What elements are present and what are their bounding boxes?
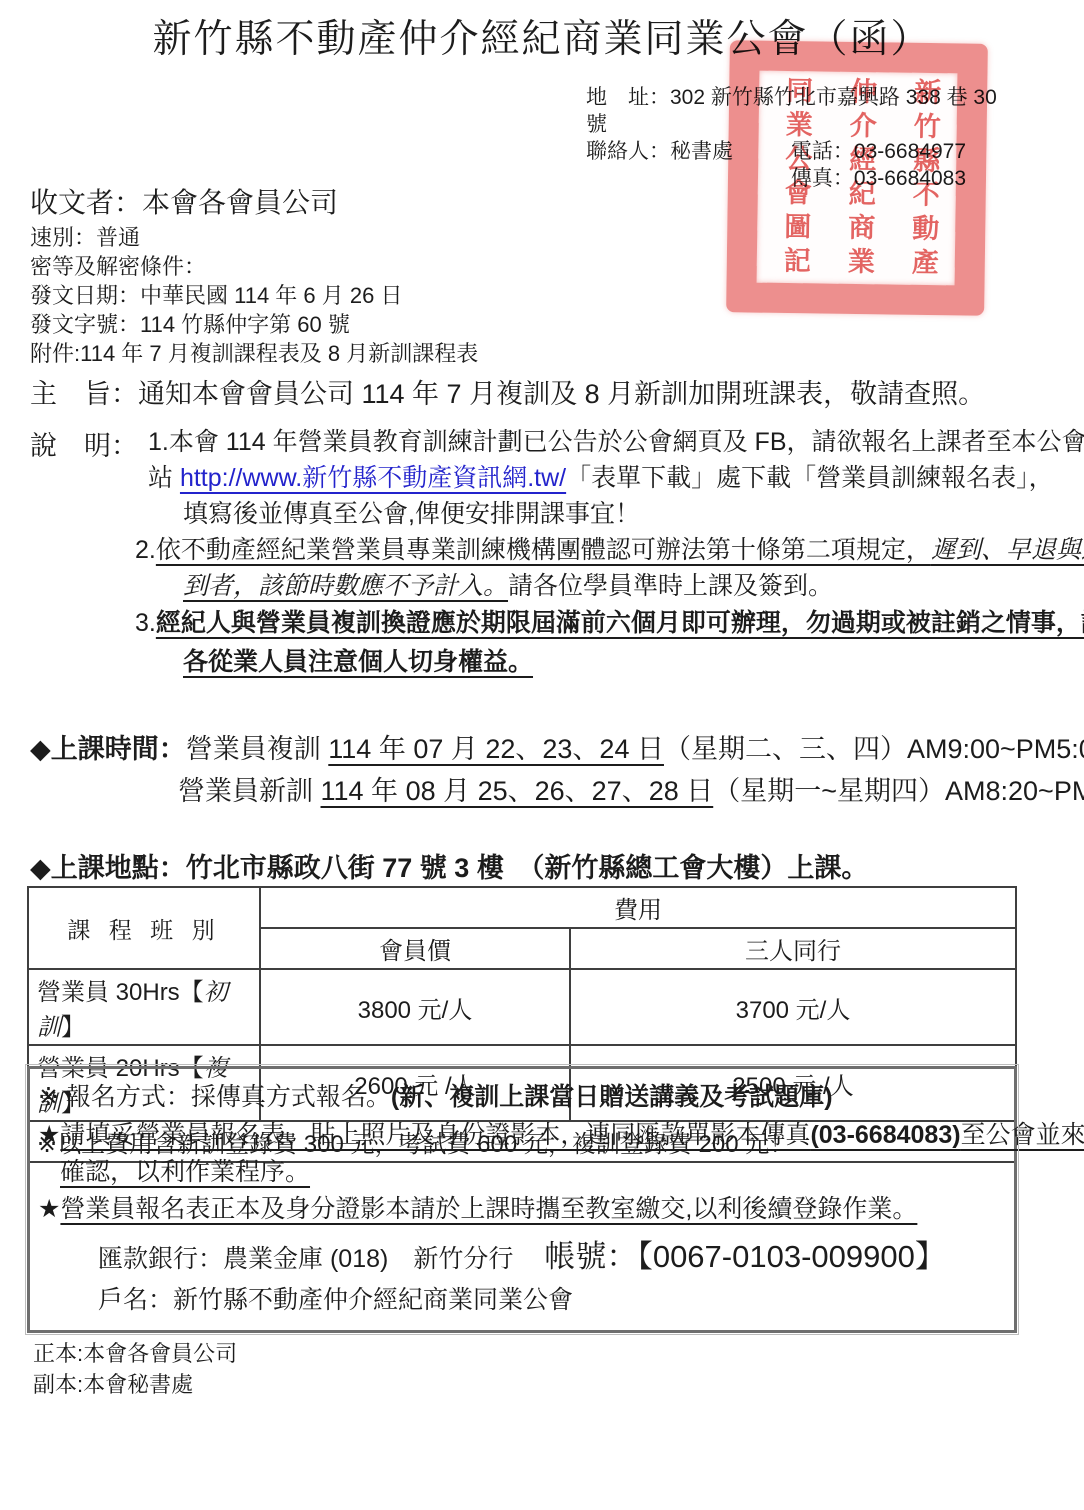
fax-instruction-wrap: 確認，以利作業程序。 [60,1158,310,1186]
fee-header: 費用 [260,887,1016,928]
item1-line2-pre: 站 [148,464,180,492]
explanation-item-1-line-3: 填寫後並傳真至公會,俾便安排開課事宜！ [148,496,1084,532]
fee-table-header-row: 課 程 班 別 費用 [28,887,1016,928]
contact-label: 聯絡人： [586,140,670,163]
item1-line2-post: 「表單下載」處下載「營業員訓練報名表」， [566,464,1054,492]
retrain-weekdays-hours: （星期二、三、四）AM9:00~PM5:00 [664,734,1084,764]
fax-number-bold: (03-6684083) [810,1121,960,1149]
location-label: ◆上課地點： [30,853,186,883]
registration-method-line: ※ 報名方式：採傳真方式報名。(新、複訓上課當日贈送講義及考試題庫) [38,1078,1004,1116]
class-time-section: ◆上課時間：營業員複訓 114 年 07 月 22、23、24 日（星期二、三、… [30,728,1084,812]
class-location-line: ◆上課地點：竹北市縣政八街 77 號 3 樓 （新竹縣總工會大樓）上課。 [30,846,868,885]
location-text: 竹北市縣政八街 77 號 3 樓 （新竹縣總工會大樓）上課。 [186,853,869,883]
carbon-copy-line: 副本:本會秘書處 [33,1369,237,1400]
account-holder-line: 戶名：新竹縣不動產仲介經紀商業同業公會 [38,1280,1004,1320]
association-website-link[interactable]: http://www.新竹縣不動產資訊網.tw/ [180,464,566,492]
item2-italic-text-2: 到者，該節時數應不予計入。 [183,572,508,600]
document-page: 新竹縣不動產仲介經紀商業同業公會（函） 地 址：302 新竹縣竹北市嘉興路 33… [0,0,1084,1510]
doc-number-line: 發文字號：114 竹縣仲字第 60 號 [30,310,478,339]
retrain-prefix: 營業員複訓 [186,734,329,764]
item2-italic-text-1: 遲到、早退與遲 [931,536,1084,564]
classification-line: 密等及解密條件： [30,252,478,281]
account-number: 【0067-0103-009900】 [637,1239,946,1274]
distribution-footer: 正本:本會各會員公司 副本:本會秘書處 [33,1338,237,1400]
item3-bold-text-1: 經紀人與營業員複訓換證應於期限屆滿前六個月即可辦理，勿過期或被註銷之情事，請 [156,609,1084,637]
address-label: 地 址： [586,86,670,109]
speed-line: 速別：普通 [30,223,478,252]
star-bullet-icon: ★ [38,1195,60,1223]
original-form-line: ★營業員報名表正本及身分證影本請於上課時攜至教室繳交,以利後續登錄作業。 [38,1190,1004,1228]
seal-text: 新竹縣不動產仲介經紀商業同業公會圖記 [757,71,958,286]
group-price-cell: 3700 元/人 [570,969,1016,1045]
item3-number: 3. [135,609,156,637]
fax-registration-line-2: 確認，以利作業程序。 [38,1154,1004,1190]
class-time-retrain-line: ◆上課時間：營業員複訓 114 年 07 月 22、23、24 日（星期二、三、… [30,728,1084,770]
registration-info-box: ※ 報名方式：採傳真方式報名。(新、複訓上課當日贈送講義及考試題庫) ★請填妥營… [27,1066,1017,1333]
star-bullet-icon: ★ [38,1121,60,1149]
course-name-cell: 營業員 30Hrs【初訓】 [28,969,260,1045]
class-time-label: ◆上課時間： [30,734,186,764]
course-name-pre: 營業員 30Hrs【 [37,979,204,1006]
explanation-item-2-line-2: 到者，該節時數應不予計入。請各位學員準時上課及簽到。 [148,568,1084,604]
explanation-item-2-line-1: 2.依不動產經紀業營業員專業訓練機構團體認可辦法第十條第二項規定，遲到、早退與遲 [148,532,1084,568]
original-copy-line: 正本:本會各會員公司 [33,1338,237,1369]
method-bonus-bold: (新、複訓上課當日贈送講義及考試題庫) [391,1083,833,1111]
issue-date-line: 發文日期：中華民國 114 年 6 月 26 日 [30,281,478,310]
subject-text: 通知本會會員公司 114 年 7 月複訓及 8 月新訓加開班課表，敬請查照。 [138,379,985,409]
fax-instruction-pre: 請填妥營業員報名表、貼上照片及身份證影本，連同匯款單影本傳真 [60,1121,810,1149]
fee-table-row-initial-training: 營業員 30Hrs【初訓】 3800 元/人 3700 元/人 [28,969,1016,1045]
document-meta-block: 收文者：本會各會員公司 速別：普通 密等及解密條件： 發文日期：中華民國 114… [30,183,478,368]
contact-person: 聯絡人：秘書處 [586,138,733,165]
explanation-item-1-line-2: 站 http://www.新竹縣不動產資訊網.tw/「表單下載」處下載「營業員訓… [148,460,1084,496]
original-form-text: 營業員報名表正本及身分證影本請於上課時攜至教室繳交,以利後續登錄作業。 [60,1195,917,1223]
explanation-item-1-line-1: 1.本會 114 年營業員教育訓練計劃已公告於公會網頁及 FB，請欲報名上課者至… [148,424,1084,460]
bank-value: 農業金庫 (018) 新竹分行 [223,1245,513,1273]
member-price-cell: 3800 元/人 [260,969,570,1045]
association-seal-stamp: 新竹縣不動產仲介經紀商業同業公會圖記 [726,40,988,316]
course-name-post: 】 [61,1014,85,1041]
group-price-header: 三人同行 [570,928,1016,969]
subject-label: 主 旨： [30,379,138,409]
course-type-header: 課 程 班 別 [28,887,260,969]
item2-number: 2. [135,536,156,564]
item2-regulation-text: 依不動產經紀業營業員專業訓練機構團體認可辦法第十條第二項規定， [156,536,931,564]
item3-bold-text-2: 各從業人員注意個人切身權益。 [183,648,533,676]
bank-line: 匯款銀行：農業金庫 (018) 新竹分行 帳號：【0067-0103-00990… [38,1236,1004,1280]
contact-value: 秘書處 [670,140,733,163]
explanation-body: 1.本會 114 年營業員教育訓練計劃已公告於公會網頁及 FB，請欲報名上課者至… [148,424,1084,682]
item2-rest-text: 請各位學員準時上課及簽到。 [508,572,833,600]
account-label: 帳號： [544,1239,637,1274]
method-text: ※ 報名方式：採傳真方式報名。 [38,1083,391,1111]
member-price-header: 會員價 [260,928,570,969]
retrain-dates: 114 年 07 月 22、23、24 日 [328,734,664,764]
explanation-item-3-line-2: 各從業人員注意個人切身權益。 [148,643,1084,682]
subject-line: 主 旨：通知本會會員公司 114 年 7 月複訓及 8 月新訓加開班課表，敬請查… [30,376,1064,412]
newtrain-weekdays-hours: （星期一~星期四）AM8:20~PM5:10 [713,776,1084,806]
explanation-label: 說 明： [30,424,138,463]
explanation-item-3-line-1: 3.經紀人與營業員複訓換證應於期限屆滿前六個月即可辦理，勿過期或被註銷之情事，請 [148,604,1084,643]
newtrain-prefix: 營業員新訓 [178,776,321,806]
class-time-newtrain-line: 營業員新訓 114 年 08 月 25、26、27、28 日（星期一~星期四）A… [30,770,1084,812]
fax-registration-line: ★請填妥營業員報名表、貼上照片及身份證影本，連同匯款單影本傳真(03-66840… [38,1116,1004,1154]
account-group: 帳號：【0067-0103-009900】 [513,1239,946,1274]
bank-label: 匯款銀行： [98,1245,223,1273]
attachment-line: 附件:114 年 7 月複訓課程表及 8 月新訓課程表 [30,339,478,368]
newtrain-dates: 114 年 08 月 25、26、27、28 日 [321,776,714,806]
fax-instruction-post: 至公會並來電做 [961,1121,1084,1149]
recipient-line: 收文者：本會各會員公司 [30,183,478,223]
